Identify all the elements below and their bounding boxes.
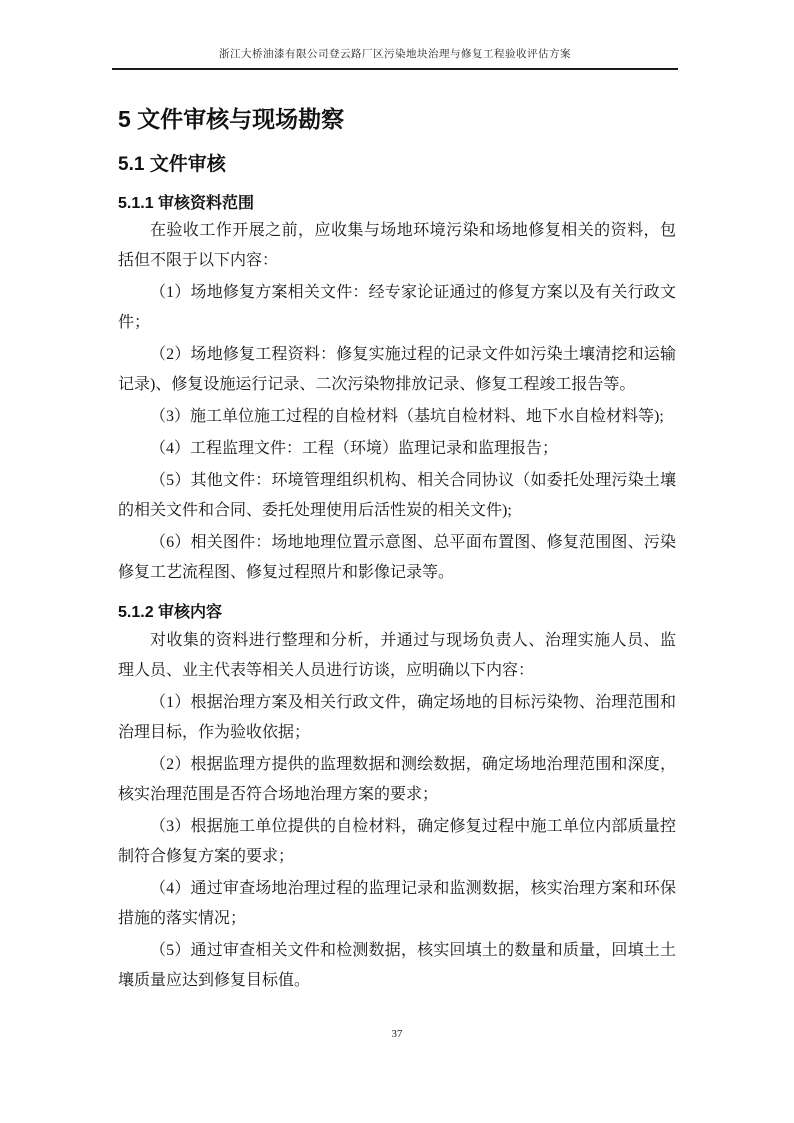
numbered-item-1: （1）根据治理方案及相关行政文件，确定场地的目标污染物、治理范围和治理目标，作为… — [118, 688, 676, 748]
numbered-item-2: （2）根据监理方提供的监理数据和测绘数据，确定场地治理范围和深度，核实治理范围是… — [118, 750, 676, 810]
page-footer: 37 — [0, 1028, 794, 1040]
document-body: 5 文件审核与现场勘察 5.1 文件审核 5.1.1 审核资料范围 在验收工作开… — [118, 94, 676, 998]
numbered-item-3: （3）施工单位施工过程的自检材料（基坑自检材料、地下水自检材料等); — [118, 402, 676, 432]
subsection-5-1-2: 5.1.2 审核内容 对收集的资料进行整理和分析，并通过与现场负责人、治理实施人… — [118, 602, 676, 995]
subsection-heading-5-1-2: 5.1.2 审核内容 — [118, 602, 676, 624]
numbered-item-4: （4）通过审查场地治理过程的监理记录和监测数据，核实治理方案和环保措施的落实情况… — [118, 874, 676, 934]
document-page: 浙江大桥油漆有限公司登云路厂区污染地块治理与修复工程验收评估方案 5 文件审核与… — [0, 0, 794, 1123]
numbered-item-1: （1）场地修复方案相关文件：经专家论证通过的修复方案以及有关行政文件； — [118, 278, 676, 338]
subsection-5-1-1: 5.1.1 审核资料范围 在验收工作开展之前，应收集与场地环境污染和场地修复相关… — [118, 193, 676, 588]
numbered-item-2: （2）场地修复工程资料：修复实施过程的记录文件如污染土壤清挖和运输记录)、修复设… — [118, 340, 676, 400]
numbered-item-5: （5）通过审查相关文件和检测数据，核实回填土的数量和质量，回填土土壤质量应达到修… — [118, 936, 676, 996]
header-title: 浙江大桥油漆有限公司登云路厂区污染地块治理与修复工程验收评估方案 — [219, 49, 571, 60]
numbered-item-6: （6）相关图件：场地地理位置示意图、总平面布置图、修复范围图、污染修复工艺流程图… — [118, 528, 676, 588]
section-heading: 5.1 文件审核 — [118, 152, 676, 179]
subsection-heading-5-1-1: 5.1.1 审核资料范围 — [118, 193, 676, 215]
numbered-item-4: （4）工程监理文件：工程（环境）监理记录和监理报告； — [118, 434, 676, 464]
page-number: 37 — [392, 1028, 403, 1040]
numbered-item-5: （5）其他文件：环境管理组织机构、相关合同协议（如委托处理污染土壤的相关文件和合… — [118, 466, 676, 526]
page-header: 浙江大桥油漆有限公司登云路厂区污染地块治理与修复工程验收评估方案 — [112, 46, 678, 70]
paragraph-intro: 在验收工作开展之前，应收集与场地环境污染和场地修复相关的资料，包括但不限于以下内… — [118, 216, 676, 276]
chapter-heading: 5 文件审核与现场勘察 — [118, 103, 676, 135]
paragraph-intro: 对收集的资料进行整理和分析，并通过与现场负责人、治理实施人员、监理人员、业主代表… — [118, 626, 676, 686]
numbered-item-3: （3）根据施工单位提供的自检材料，确定修复过程中施工单位内部质量控制符合修复方案… — [118, 812, 676, 872]
